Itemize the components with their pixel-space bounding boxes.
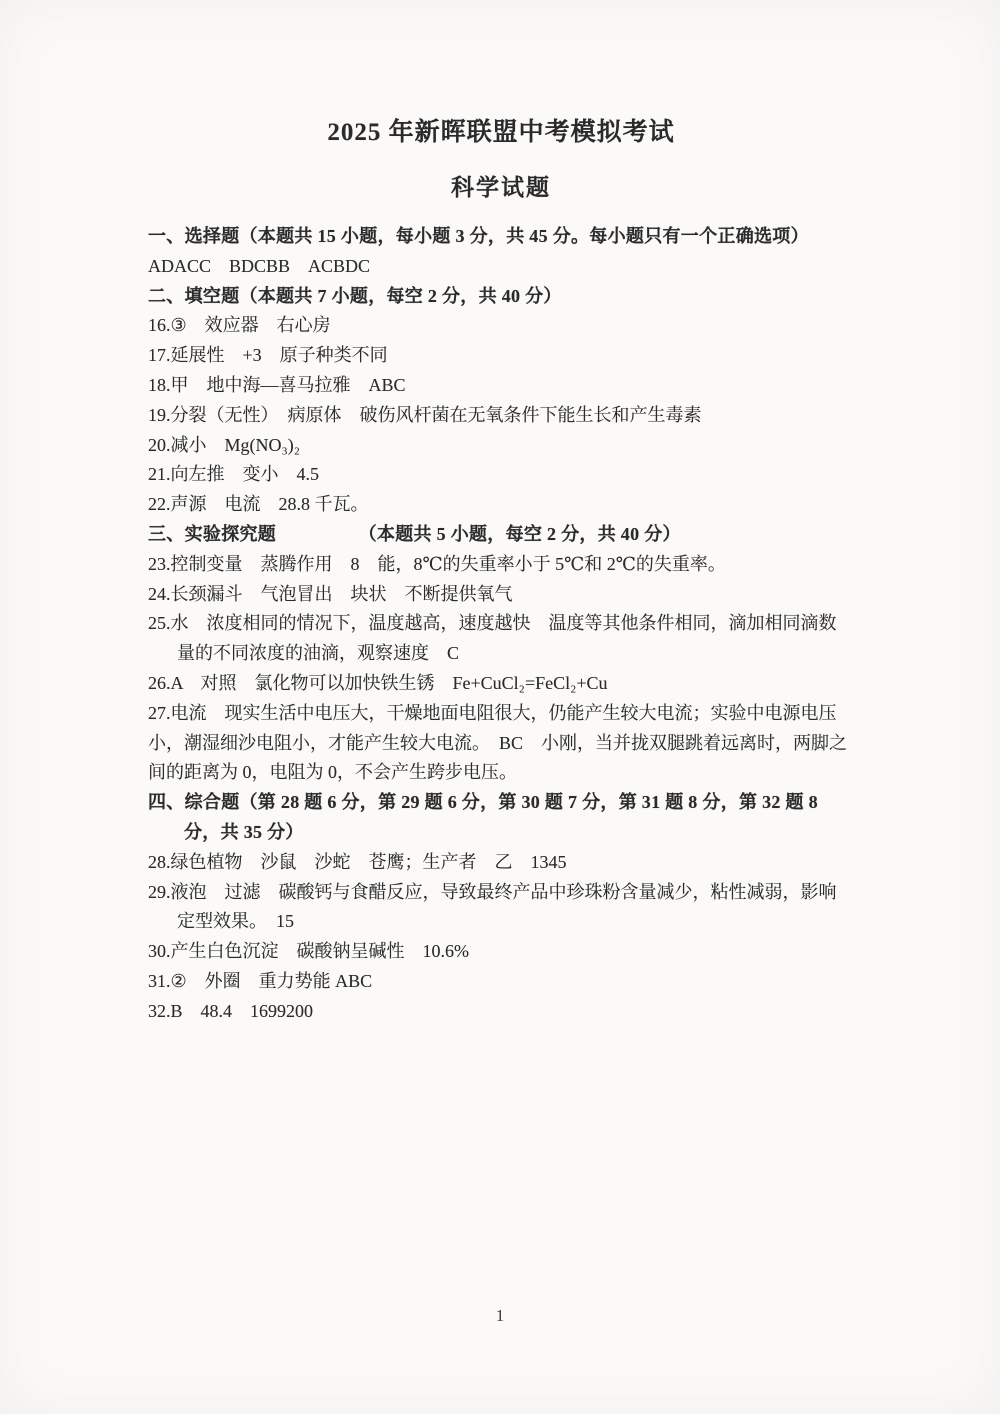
page-number: 1 (0, 1306, 1000, 1326)
exam-answer-sheet-page: 2025 年新晖联盟中考模拟考试 科学试题 一、选择题（本题共 15 小题，每小… (0, 0, 1000, 1414)
section-comprehensive-heading: 四、综合题（第 28 题 6 分，第 29 题 6 分，第 30 题 7 分，第… (148, 788, 854, 848)
answer-line-q25: 25.水 浓度相同的情况下，温度越高，速度越快 温度等其他条件相同，滴加相同滴数… (148, 609, 854, 669)
answer-line-q29: 29.液泡 过滤 碳酸钙与食醋反应，导致最终产品中珍珠粉含量减少，粘性减弱，影响… (148, 878, 854, 938)
answer-line-q20: 20.减小 Mg(NO₃)₂ (148, 431, 854, 461)
document-body: 2025 年新晖联盟中考模拟考试 科学试题 一、选择题（本题共 15 小题，每小… (148, 118, 854, 1027)
page-subtitle: 科学试题 (148, 174, 854, 201)
answer-line-q24: 24.长颈漏斗 气泡冒出 块状 不断提供氧气 (148, 580, 854, 610)
section-choice-heading: 一、选择题（本题共 15 小题，每小题 3 分，共 45 分。每小题只有一个正确… (148, 222, 854, 252)
answer-line-q23: 23.控制变量 蒸腾作用 8 能，8℃的失重率小于 5℃和 2℃的失重率。 (148, 550, 854, 580)
answer-line-q27: 27.电流 现实生活中电压大，干燥地面电阻很大，仍能产生较大电流；实验中电源电压… (148, 699, 854, 788)
answer-line-q17: 17.延展性 +3 原子种类不同 (148, 341, 854, 371)
answer-line-q16: 16.③ 效应器 右心房 (148, 311, 854, 341)
page-title: 2025 年新晖联盟中考模拟考试 (148, 118, 854, 147)
answer-line-q18: 18.甲 地中海—喜马拉雅 ABC (148, 371, 854, 401)
answer-line-q21: 21.向左推 变小 4.5 (148, 460, 854, 490)
answer-line-q26: 26.A 对照 氯化物可以加快铁生锈 Fe+CuCl₂=FeCl₂+Cu (148, 669, 854, 699)
answer-line-q30: 30.产生白色沉淀 碳酸钠呈碱性 10.6% (148, 937, 854, 967)
answer-line-q31: 31.② 外圈 重力势能 ABC (148, 967, 854, 997)
answer-line-q28: 28.绿色植物 沙鼠 沙蛇 苍鹰；生产者 乙 1345 (148, 848, 854, 878)
answer-line-q32: 32.B 48.4 1699200 (148, 997, 854, 1027)
section-fill-heading: 二、填空题（本题共 7 小题，每空 2 分，共 40 分） (148, 282, 854, 312)
answer-line-q22: 22.声源 电流 28.8 千瓦。 (148, 490, 854, 520)
answer-line-q19: 19.分裂（无性） 病原体 破伤风杆菌在无氧条件下能生长和产生毒素 (148, 401, 854, 431)
section-experiment-heading: 三、实验探究题 （本题共 5 小题，每空 2 分，共 40 分） (148, 520, 854, 550)
answer-line-choice-answers: ADACC BDCBB ACBDC (148, 252, 854, 282)
